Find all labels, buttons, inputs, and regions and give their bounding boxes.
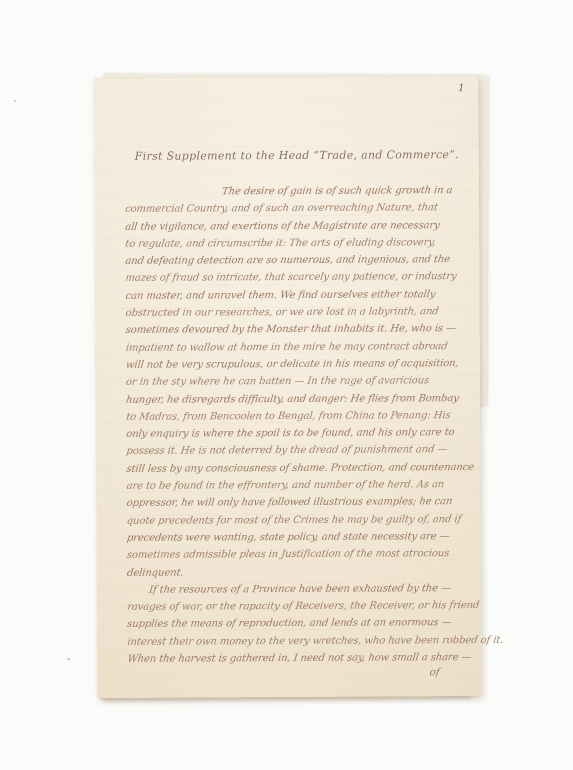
document-title: First Supplement to the Head “Trade, and… (135, 148, 451, 163)
manuscript-paragraph: The desire of gain is of such quick grow… (125, 182, 469, 582)
manuscript-line: will not be very scrupulous, or delicate… (125, 355, 469, 374)
manuscript-line: If the resources of a Province have been… (126, 580, 470, 599)
photograph-backdrop: 1 First Supplement to the Head “Trade, a… (0, 0, 573, 770)
manuscript-line: to regulate, and circumscribe it: The ar… (124, 234, 468, 253)
manuscript-line: can master, and unravel them. We find ou… (124, 286, 468, 305)
dust-speck (14, 100, 16, 102)
manuscript-line: or in the sty where he can batten — In t… (125, 372, 469, 391)
page-number: 1 (458, 83, 464, 94)
manuscript-line: interest their own money to the very wre… (126, 632, 470, 651)
catchword: of (127, 667, 470, 680)
manuscript-line: delinquent. (126, 563, 470, 582)
manuscript-line: precedents were wanting, state policy, a… (126, 528, 470, 547)
manuscript-line: impatient to wallow at home in the mire … (125, 338, 469, 357)
dust-speck (67, 658, 70, 660)
manuscript-line: still less by any consciousness of shame… (125, 459, 469, 478)
manuscript-line: all the vigilance, and exertions of the … (124, 217, 468, 236)
manuscript-line: quote precedents for most of the Crimes … (126, 511, 470, 530)
manuscript-line: supplies the means of reproduction, and … (126, 614, 470, 633)
manuscript-paragraph: If the resources of a Province have been… (127, 580, 469, 668)
manuscript-line: When the harvest is gathered in, I need … (126, 649, 470, 668)
manuscript-line: possess it. He is not deterred by the dr… (125, 442, 469, 461)
manuscript-line: sometimes admissible pleas in Justificat… (126, 545, 470, 564)
manuscript-line: to Madras, from Bencoolen to Bengal, fro… (125, 407, 469, 426)
manuscript-line: The desire of gain is of such quick grow… (124, 182, 468, 201)
manuscript-line: sometimes devoured by the Monster that i… (125, 320, 469, 339)
manuscript-paragraphs: The desire of gain is of such quick grow… (125, 182, 470, 668)
manuscript-line: hunger, he disregards difficulty, and da… (125, 390, 469, 409)
manuscript-page: 1 First Supplement to the Head “Trade, a… (94, 76, 481, 698)
manuscript-line: mazes of fraud so intricate, that scarce… (124, 269, 468, 288)
manuscript-line: oppressor, he will only have followed il… (125, 493, 469, 512)
manuscript-line: commercial Country, and of such an overr… (124, 199, 468, 218)
manuscript-body: The desire of gain is of such quick grow… (125, 182, 470, 680)
